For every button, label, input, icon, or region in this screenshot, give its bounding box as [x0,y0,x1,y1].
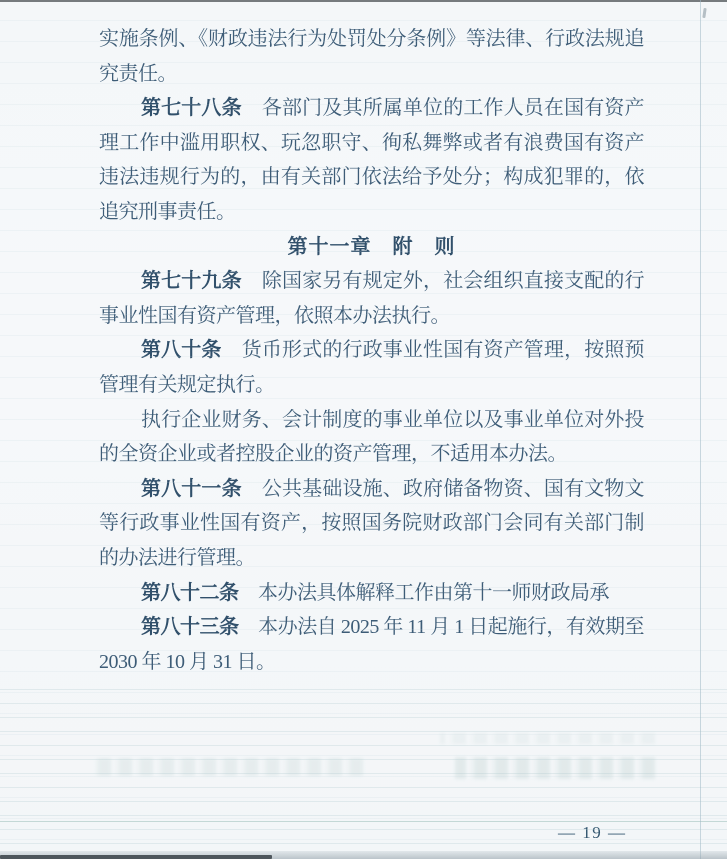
article-number: 第八十一条 [141,478,242,500]
line-text: 事业性国有资产管理，依照本办法执行。 [99,305,450,327]
document-line: 等行政事业性国有资产，按照国务院财政部门会同有关部门制定 [99,506,644,541]
chapter-heading: 第十一章 附 则 [99,230,644,265]
article-number: 第八十二条 [141,582,239,604]
line-text: 执行企业财务、会计制度的事业单位以及事业单位对外投资 [141,409,644,438]
document-body: 实施条例、《财政违法行为处罚处分条例》等法律、行政法规追 究责任。 第七十八条 … [99,22,644,679]
document-line: 执行企业财务、会计制度的事业单位以及事业单位对外投资 [99,403,644,438]
line-text: 实施条例、《财政违法行为处罚处分条例》等法律、行政法规追 [99,28,644,50]
document-line: 违法违规行为的，由有关部门依法给予处分；构成犯罪的，依法 [99,160,644,195]
line-text: 管理有关规定执行。 [99,374,275,396]
document-line: 实施条例、《财政违法行为处罚处分条例》等法律、行政法规追 [99,22,644,57]
scan-edge-top [0,0,727,2]
document-line: 的全资企业或者控股企业的资产管理，不适用本办法。 [99,437,644,472]
document-line: 事业性国有资产管理，依照本办法执行。 [99,299,644,334]
article-number: 第七十九条 [141,270,242,292]
document-line: 究责任。 [99,57,644,92]
line-text: 等行政事业性国有资产，按照国务院财政部门会同有关部门制定 [99,512,644,541]
line-text: 的办法进行管理。 [99,547,255,569]
document-line: 第八十三条 本办法自 2025 年 11 月 1 日起施行，有效期至 [99,610,644,645]
document-line: 第八十条 货币形式的行政事业性国有资产管理，按照预算 [99,333,644,368]
line-text: 理工作中滥用职权、玩忽职守、徇私舞弊或者有浪费国有资产等 [99,132,644,161]
scan-edge-right [700,0,701,859]
line-text: 究责任。 [99,63,177,85]
scan-edge-bottom-dark [0,855,272,859]
page-number: — 19 — [558,823,638,843]
document-line: 追究刑事责任。 [99,195,644,230]
line-text: 本办法自 2025 年 11 月 1 日起施行，有效期至 [239,616,644,638]
document-line: 第八十二条 本办法具体解释工作由第十一师财政局承担。 [99,576,644,611]
document-line: 管理有关规定执行。 [99,368,644,403]
document-line: 第八十一条 公共基础设施、政府储备物资、国有文物文化 [99,472,644,507]
document-line: 第七十八条 各部门及其所属单位的工作人员在国有资产管 [99,91,644,126]
line-text: 违法违规行为的，由有关部门依法给予处分；构成犯罪的，依法 [99,166,644,195]
scanned-document-page: { "document": { "language": "zh-CN", "pa… [0,0,727,859]
document-line: 2030 年 10 月 31 日。 [99,645,644,680]
article-number: 第八十三条 [141,616,239,638]
line-text: 追究刑事责任。 [99,201,236,223]
article-number: 第八十条 [141,339,222,361]
scan-streak-line [0,821,727,822]
article-number: 第七十八条 [141,97,242,119]
chapter-number: 第十一章 [288,236,372,258]
line-text: 的全资企业或者控股企业的资产管理，不适用本办法。 [99,443,567,465]
document-line: 的办法进行管理。 [99,541,644,576]
document-line: 理工作中滥用职权、玩忽职守、徇私舞弊或者有浪费国有资产等 [99,126,644,161]
line-text: 2030 年 10 月 31 日。 [99,651,276,673]
document-line: 第七十九条 除国家另有规定外，社会组织直接支配的行政 [99,264,644,299]
chapter-title: 附 则 [372,236,456,258]
